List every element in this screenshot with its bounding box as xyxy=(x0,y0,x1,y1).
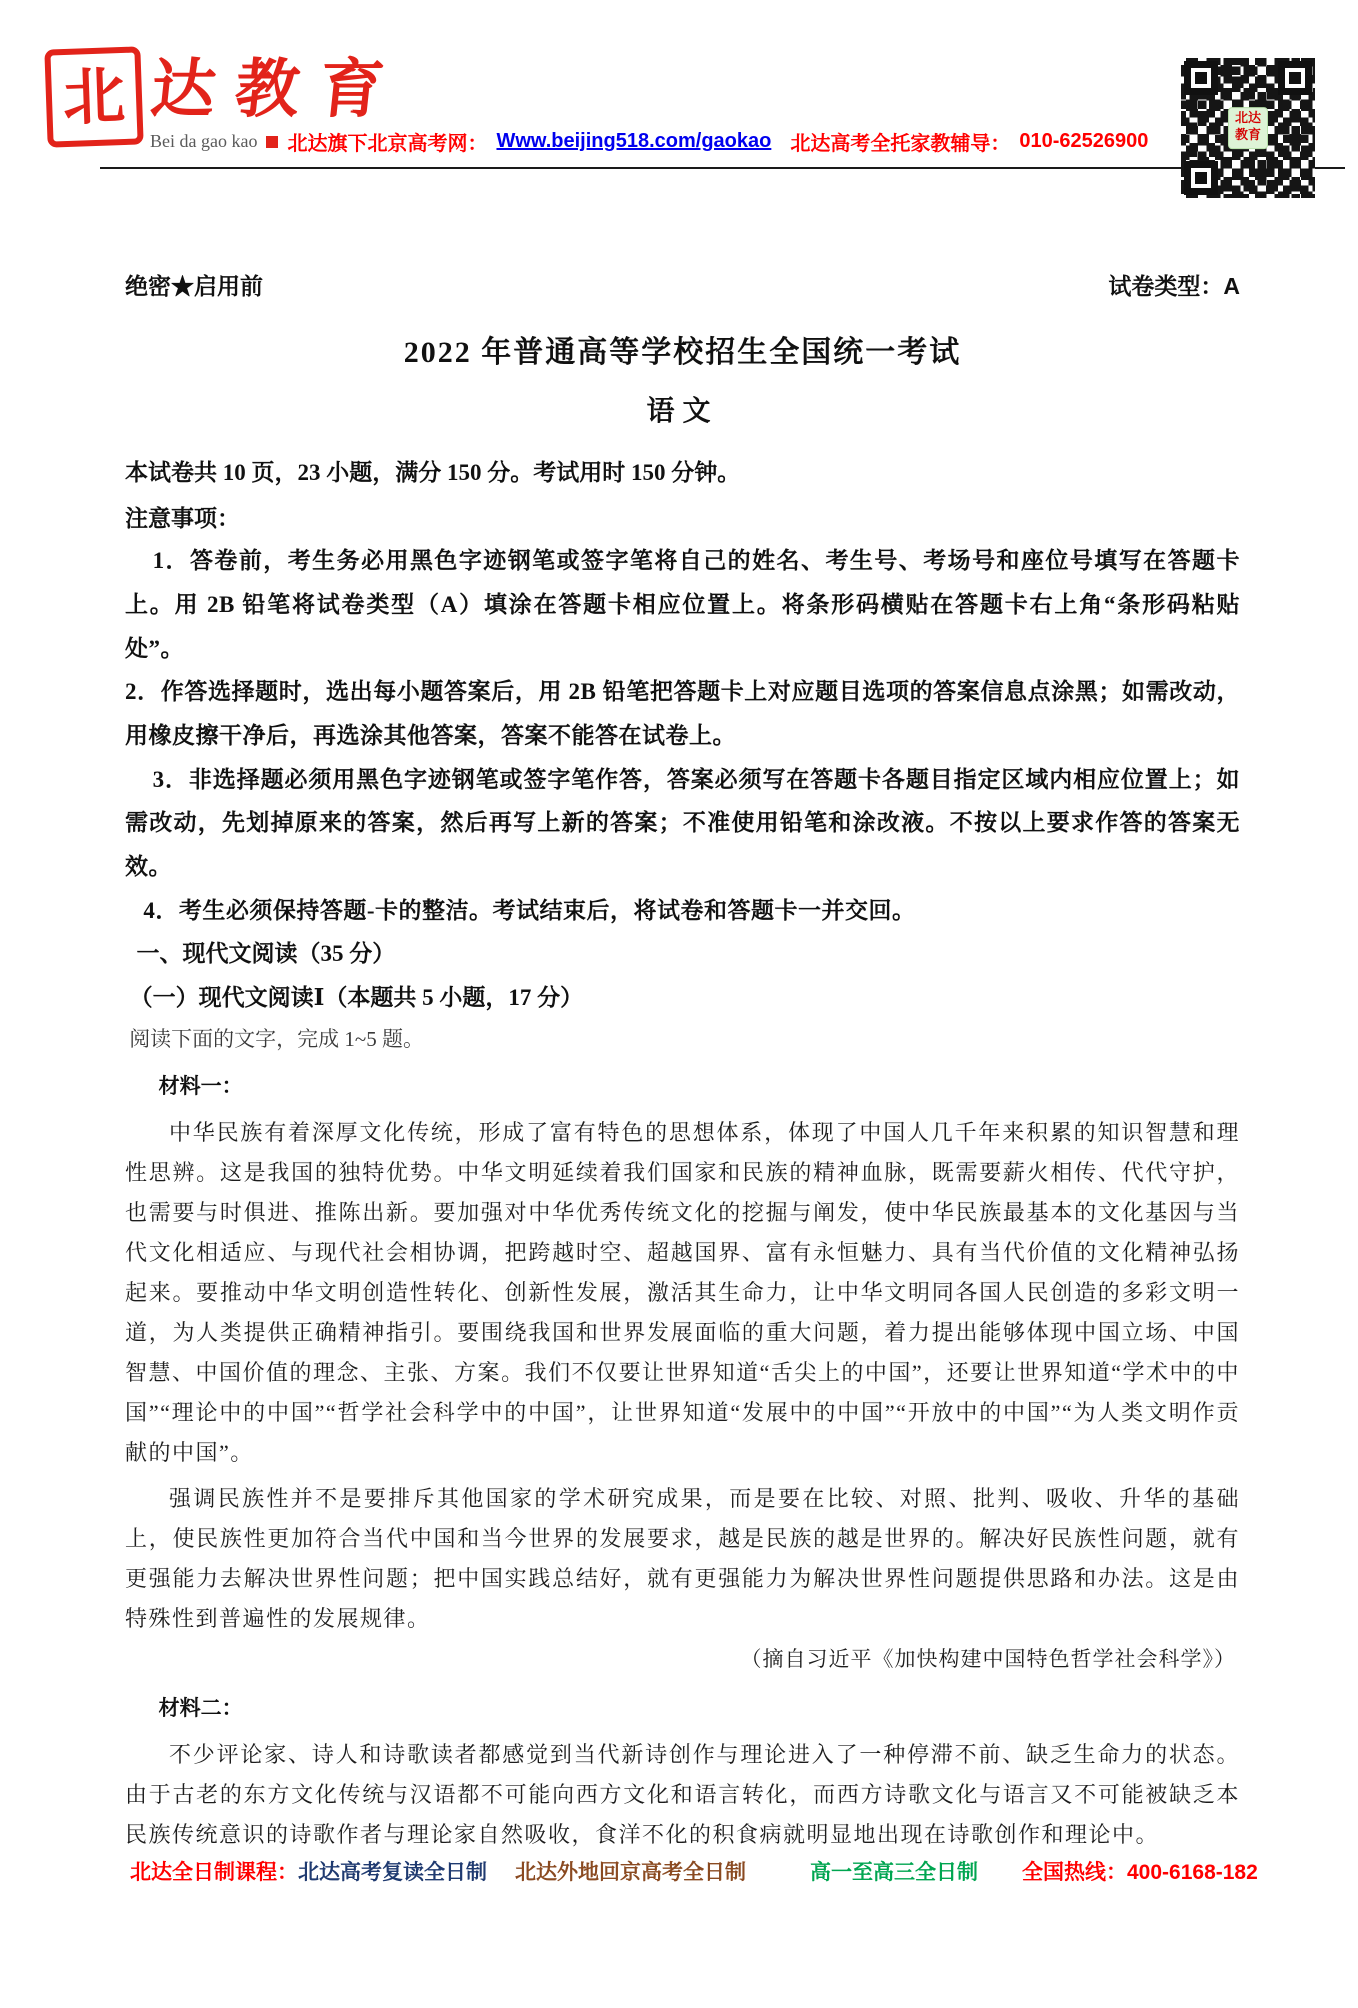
red-square-bullet-icon xyxy=(266,136,278,148)
footer-hotline: 全国热线：400-6168-182 xyxy=(1022,1856,1258,1886)
note-item-1: 1．答卷前，考生务必用黑色字迹钢笔或签字笔将自己的姓名、考生号、考场号和座位号填… xyxy=(125,539,1240,670)
nav-label-gaokao-site: 北达旗下北京高考网： xyxy=(287,127,487,156)
footer-item-grade1-3: 高一至高三全日制 xyxy=(810,1856,978,1886)
secrecy-row: 绝密★启用前 试卷类型：A xyxy=(125,268,1240,301)
section-heading-modern-reading: 一、现代文阅读（35 分） xyxy=(125,932,1240,976)
section-subheading-reading-1: （一）现代文阅读Ⅰ（本题共 5 小题，17 分） xyxy=(125,976,1240,1020)
material-2-label: 材料二： xyxy=(125,1689,1240,1729)
seal-character: 北 xyxy=(62,65,126,129)
paper-type-label: 试卷类型：A xyxy=(1108,268,1240,301)
footer-item-return-beijing: 北达外地回京高考全日制 xyxy=(515,1856,746,1886)
beijing518-link[interactable]: Www.beijing518.com/gaokao xyxy=(496,130,771,153)
header-tagline: Bei da gao kao 北达旗下北京高考网： Www.beijing518… xyxy=(150,127,1148,156)
qr-center-label: 北达 教育 xyxy=(1228,107,1268,149)
footer-label: 北达全日制课程： xyxy=(130,1856,298,1886)
header-phone-number: 010-62526900 xyxy=(1019,130,1148,153)
exam-summary: 本试卷共 10 页，23 小题，满分 150 分。考试用时 150 分钟。 xyxy=(125,455,1240,492)
qr-finder-top-left-icon xyxy=(1184,61,1218,95)
qr-finder-top-right-icon xyxy=(1278,61,1312,95)
footer-item-fulltime-repeat: 北达高考复读全日制 xyxy=(298,1856,487,1886)
nav-label-tutoring: 北达高考全托家教辅导： xyxy=(790,127,1010,156)
qr-finder-bottom-left-icon xyxy=(1184,161,1218,195)
material-1-paragraph-1: 中华民族有着深厚文化传统，形成了富有特色的思想体系，体现了中国人几千年来积累的知… xyxy=(125,1113,1240,1473)
material-1-paragraph-2: 强调民族性并不是要排斥其他国家的学术研究成果，而是要在比较、对照、批判、吸收、升… xyxy=(125,1479,1240,1639)
exam-page: 北 达教育 Bei da gao kao 北达旗下北京高考网： Www.beij… xyxy=(0,0,1358,1855)
brand-pinyin: Bei da gao kao xyxy=(150,131,257,152)
secrecy-label: 绝密★启用前 xyxy=(125,268,263,301)
beida-seal-logo: 北 xyxy=(44,46,143,147)
material-2-paragraph-1: 不少评论家、诗人和诗歌读者都感觉到当代新诗创作与理论进入了一种停滞不前、缺乏生命… xyxy=(125,1735,1240,1855)
exam-content: 绝密★启用前 试卷类型：A 2022 年普通高等学校招生全国统一考试 语文 本试… xyxy=(0,0,1358,1855)
material-1-source: （摘自习近平《加快构建中国特色哲学社会科学》） xyxy=(125,1639,1240,1679)
note-item-3: 3．非选择题必须用黑色字迹钢笔或签字笔作答，答案必须写在答题卡各题目指定区域内相… xyxy=(125,758,1240,889)
exam-subject: 语文 xyxy=(125,389,1240,429)
site-footer: 北达全日制课程： 北达高考复读全日制 北达外地回京高考全日制 高一至高三全日制 … xyxy=(130,1856,1258,1886)
reading-prompt: 阅读下面的文字，完成 1~5 题。 xyxy=(125,1022,1240,1058)
note-item-4: 4．考生必须保持答题-卡的整洁。考试结束后，将试卷和答题卡一并交回。 xyxy=(125,889,1240,933)
exam-title: 2022 年普通高等学校招生全国统一考试 xyxy=(125,327,1240,371)
notes-title: 注意事项： xyxy=(125,498,1240,539)
note-item-2: 2．作答选择题时，选出每小题答案后，用 2B 铅笔把答题卡上对应题目选项的答案信… xyxy=(125,670,1240,757)
brand-calligraphy: 达教育 xyxy=(147,38,409,130)
qr-code: 北达 教育 xyxy=(1181,58,1315,198)
header-divider xyxy=(100,167,1345,169)
material-1-label: 材料一： xyxy=(125,1067,1240,1107)
